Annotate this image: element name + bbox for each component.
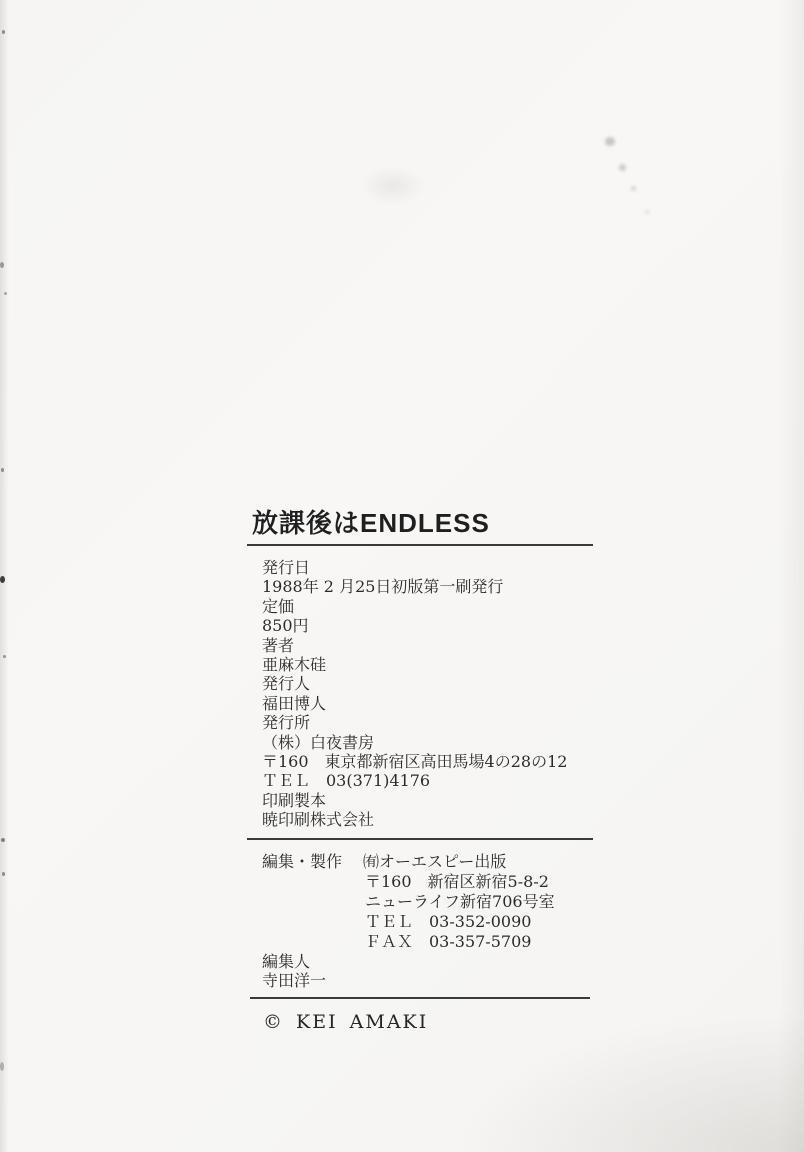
section-divider [247, 838, 593, 840]
editing-production-label: 編集・製作 [262, 852, 363, 872]
scan-speck [4, 292, 7, 295]
colophon-line: 福田博人 [262, 694, 593, 713]
paper-stain [605, 137, 615, 146]
editing-address: 〒160 新宿区新宿5-8-2 [365, 872, 593, 892]
paper-stain [619, 164, 626, 171]
editing-address: ニューライフ新宿706号室 [365, 892, 593, 912]
colophon-line: 著者 [262, 636, 593, 655]
scan-speck [0, 262, 4, 268]
scan-speck [1, 468, 4, 472]
colophon-line: 850円 [262, 616, 593, 635]
printer-name: 暁印刷株式会社 [262, 810, 593, 829]
editing-fax: ＦＡＸ 03-357-5709 [365, 932, 593, 952]
colophon-line: （株）白夜書房 [262, 733, 593, 752]
colophon-line: 定価 [262, 597, 593, 616]
colophon-line: 発行日 [262, 558, 593, 577]
editing-production-info: 編集・製作 ㈲オーエスピー出版 〒160 新宿区新宿5-8-2 ニューライフ新宿… [262, 852, 593, 952]
scan-speck [0, 576, 5, 583]
colophon-line: 発行所 [262, 713, 593, 732]
editing-phone: ＴＥＬ 03-352-0090 [365, 912, 593, 932]
editor-label: 編集人 [262, 952, 593, 972]
colophon-line: 印刷製本 [262, 791, 593, 810]
copyright-line: © KEI AMAKI [263, 1011, 593, 1033]
colophon-content: 放課後はENDLESS 発行日 1988年 2 月25日初版第一刷発行 定価 8… [247, 506, 593, 1033]
paper-stain [631, 186, 636, 191]
colophon-line: 発行人 [262, 674, 593, 693]
publisher-phone: ＴＥＬ 03(371)4176 [262, 771, 593, 790]
colophon-line: 亜麻木硅 [262, 655, 593, 674]
scan-shadow-bottom-right [464, 1012, 804, 1152]
publisher-address: 〒160 東京都新宿区高田馬場4の28の12 [262, 752, 593, 771]
editing-production-row: 編集・製作 ㈲オーエスピー出版 [262, 852, 593, 872]
scan-speck [2, 872, 5, 876]
scan-speck [2, 30, 5, 34]
colophon-page: 放課後はENDLESS 発行日 1988年 2 月25日初版第一刷発行 定価 8… [0, 0, 804, 1152]
editing-company-name: ㈲オーエスピー出版 [363, 852, 506, 872]
book-title: 放課後はENDLESS [252, 506, 593, 540]
scan-speck [1, 838, 5, 842]
editor-info: 編集人 寺田洋一 [262, 952, 593, 991]
title-underline [247, 544, 593, 546]
scan-speck [0, 1062, 4, 1071]
scan-edge-right [778, 0, 804, 1152]
scan-speck [3, 655, 6, 658]
paper-stain [645, 210, 649, 214]
paper-stain [348, 158, 438, 213]
publication-info: 発行日 1988年 2 月25日初版第一刷発行 定価 850円 著者 亜麻木硅 … [262, 558, 593, 830]
colophon-line: 1988年 2 月25日初版第一刷発行 [262, 577, 593, 596]
editor-name: 寺田洋一 [262, 971, 593, 991]
bottom-divider [250, 997, 590, 999]
